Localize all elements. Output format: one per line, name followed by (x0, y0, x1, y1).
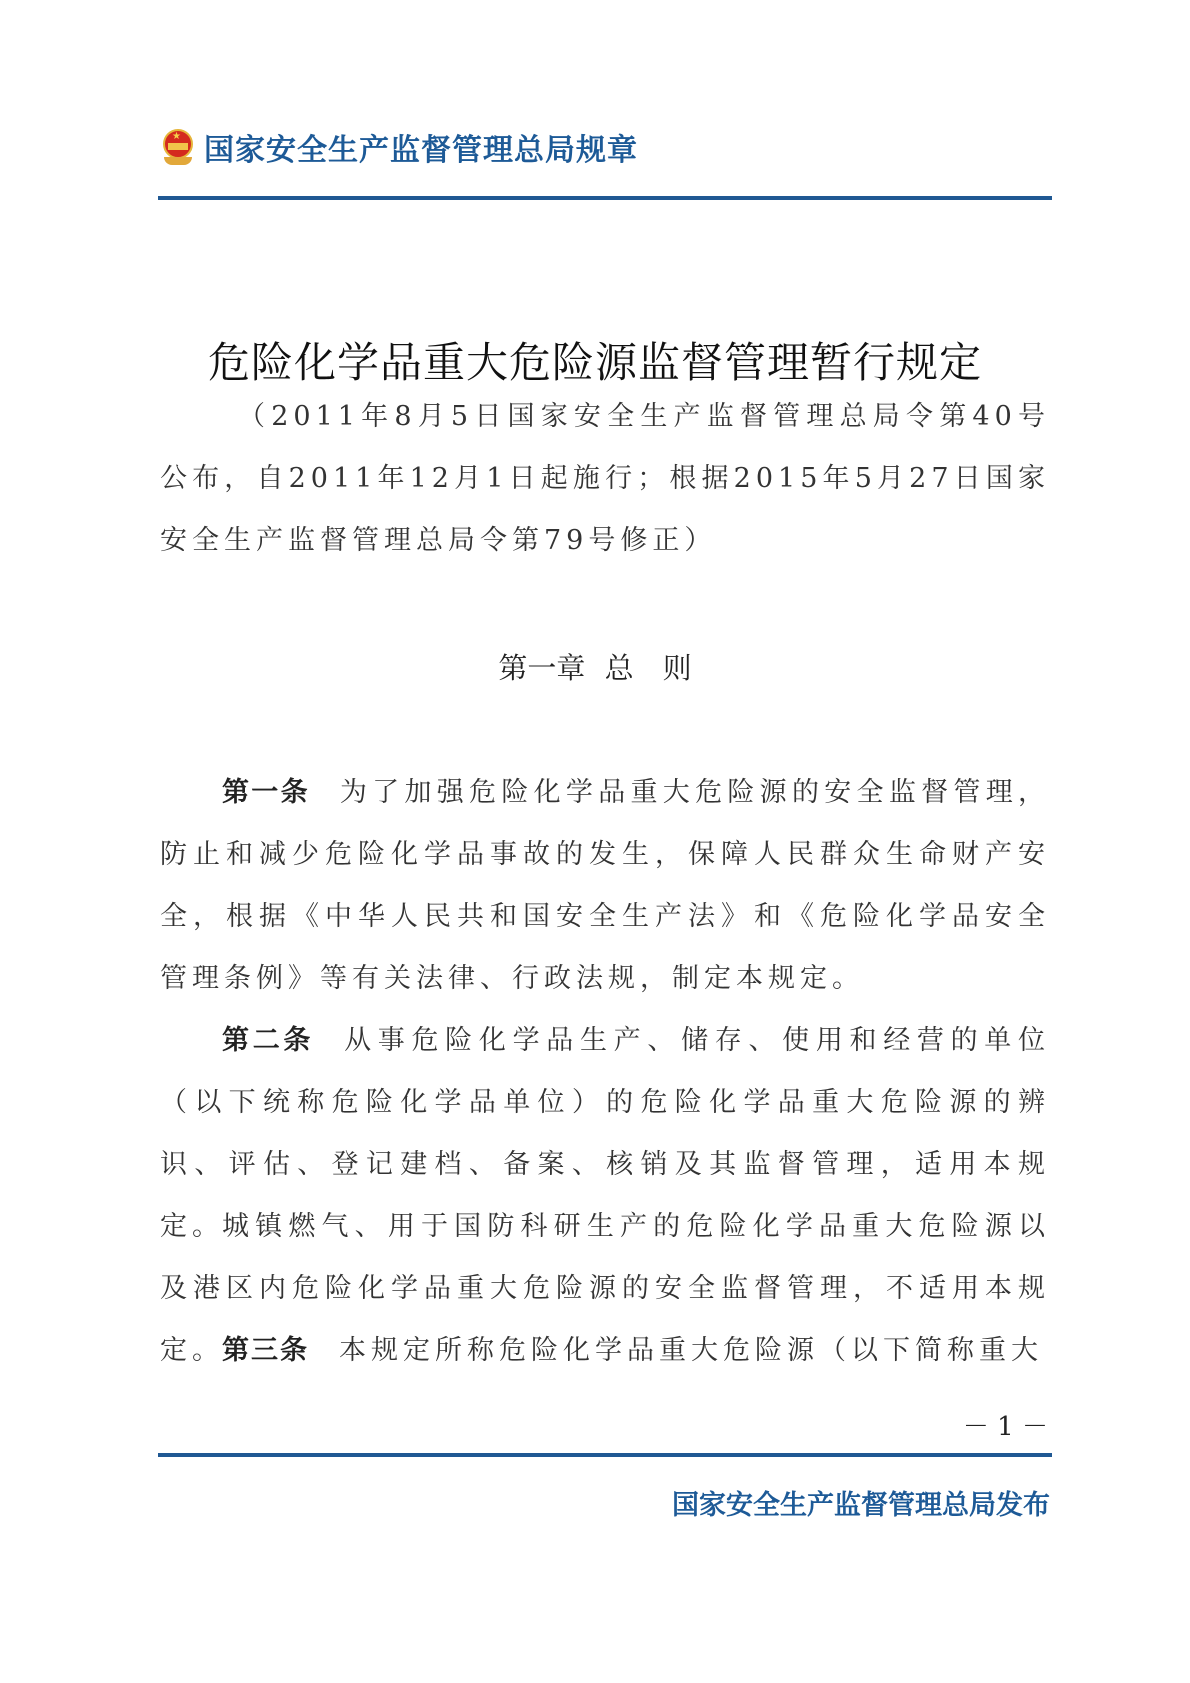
national-emblem-icon: ★ (160, 127, 196, 167)
article-3: 第三条本规定所称危险化学品重大危险源（以下简称重大 (160, 1320, 1050, 1382)
chapter-heading: 第一章 总 则 (0, 646, 1190, 687)
page-header: ★ 国家安全生产监督管理总局规章 (160, 125, 638, 169)
document-title: 危险化学品重大危险源监督管理暂行规定 (0, 330, 1190, 390)
document-subtitle: （2011年8月5日国家安全生产监督管理总局令第40号公布，自2011年12月1… (160, 386, 1050, 572)
article-text: 本规定所称危险化学品重大危险源（以下简称重大 (339, 1335, 1043, 1366)
article-label: 第一条 (222, 777, 310, 808)
header-divider (158, 196, 1052, 200)
footer-divider (158, 1453, 1052, 1457)
header-title: 国家安全生产监督管理总局规章 (204, 125, 638, 169)
page-number: － 1 － (963, 1406, 1048, 1443)
article-label: 第三条 (222, 1335, 309, 1366)
article-1: 第一条为了加强危险化学品重大危险源的安全监督管理，防止和减少危险化学品事故的发生… (160, 762, 1050, 1010)
footer-publisher: 国家安全生产监督管理总局发布 (672, 1483, 1050, 1522)
article-label: 第二条 (222, 1025, 314, 1056)
article-text: 为了加强危险化学品重大危险源的安全监督管理，防止和减少危险化学品事故的发生，保障… (160, 777, 1050, 994)
